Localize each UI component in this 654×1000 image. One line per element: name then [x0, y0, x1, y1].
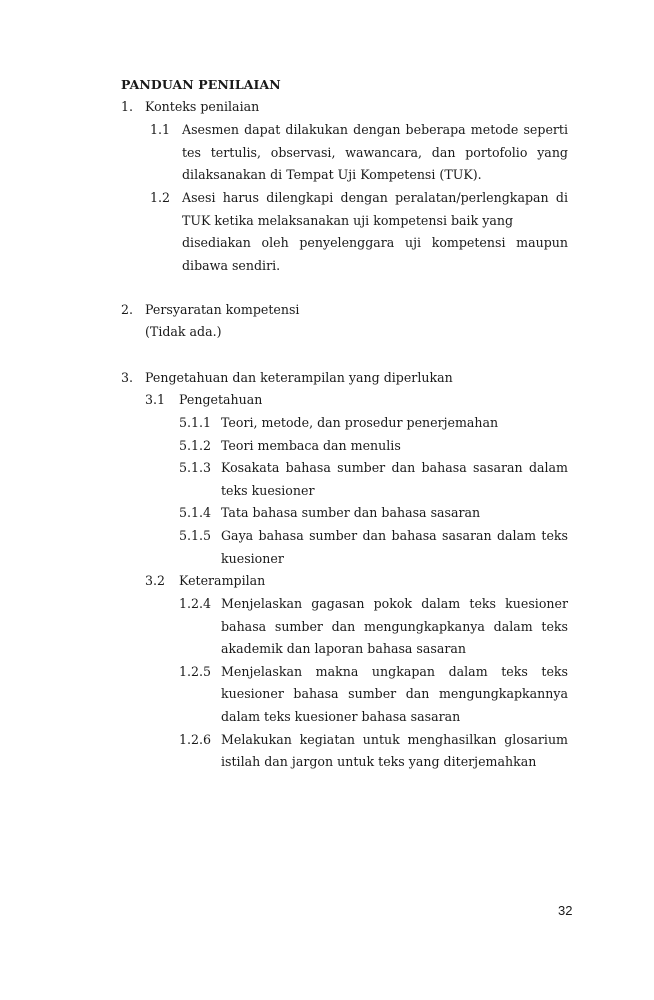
item-number: 5.1.4	[179, 502, 211, 525]
subsection-heading: Pengetahuan	[179, 389, 262, 412]
item-text: Gaya bahasa sumber dan bahasa sasaran da…	[221, 525, 568, 570]
item-text: Teori, metode, dan prosedur penerjemahan	[221, 412, 568, 435]
item-text: Menjelaskan gagasan pokok dalam teks kue…	[221, 593, 568, 661]
item-number: 5.1.3	[179, 457, 211, 480]
item-text: Menjelaskan makna ungkapan dalam teks te…	[221, 661, 568, 729]
subsection-number: 3.2	[145, 570, 165, 593]
item-text: Tata bahasa sumber dan bahasa sasaran	[221, 502, 568, 525]
subsection-heading: Keterampilan	[179, 570, 265, 593]
document-title: PANDUAN PENILAIAN	[121, 77, 281, 92]
item-text: Melakukan kegiatan untuk menghasilkan gl…	[221, 729, 568, 774]
item-number: 1.2	[150, 187, 170, 210]
subsection-number: 3.1	[145, 389, 165, 412]
section-heading: Pengetahuan dan keterampilan yang diperl…	[145, 367, 453, 390]
item-number: 1.1	[150, 119, 170, 142]
item-number: 1.2.5	[179, 661, 211, 684]
page-number: 32	[558, 903, 572, 918]
item-number: 5.1.1	[179, 412, 211, 435]
item-number: 1.2.6	[179, 729, 211, 752]
document-page: PANDUAN PENILAIAN 1. Konteks penilaian 1…	[0, 0, 654, 1000]
item-number: 5.1.5	[179, 525, 211, 548]
item-text: Asesmen dapat dilakukan dengan beberapa …	[182, 119, 568, 187]
item-text-line: dibawa sendiri.	[182, 255, 568, 278]
section-number: 1.	[121, 96, 133, 119]
item-text-line: TUK ketika melaksanakan uji kompetensi b…	[182, 210, 568, 233]
item-text: Asesi harus dilengkapi dengan peralatan/…	[182, 187, 568, 277]
item-text: Teori membaca dan menulis	[221, 435, 568, 458]
item-text: Kosakata bahasa sumber dan bahasa sasara…	[221, 457, 568, 502]
item-text-line: disediakan oleh penyelenggara uji kompet…	[182, 232, 568, 255]
section-note: (Tidak ada.)	[145, 321, 222, 344]
section-number: 2.	[121, 299, 133, 322]
section-heading: Konteks penilaian	[145, 96, 259, 119]
section-number: 3.	[121, 367, 133, 390]
section-heading: Persyaratan kompetensi	[145, 299, 299, 322]
item-number: 1.2.4	[179, 593, 211, 616]
item-number: 5.1.2	[179, 435, 211, 458]
item-text-line: Asesi harus dilengkapi dengan peralatan/…	[182, 187, 568, 210]
